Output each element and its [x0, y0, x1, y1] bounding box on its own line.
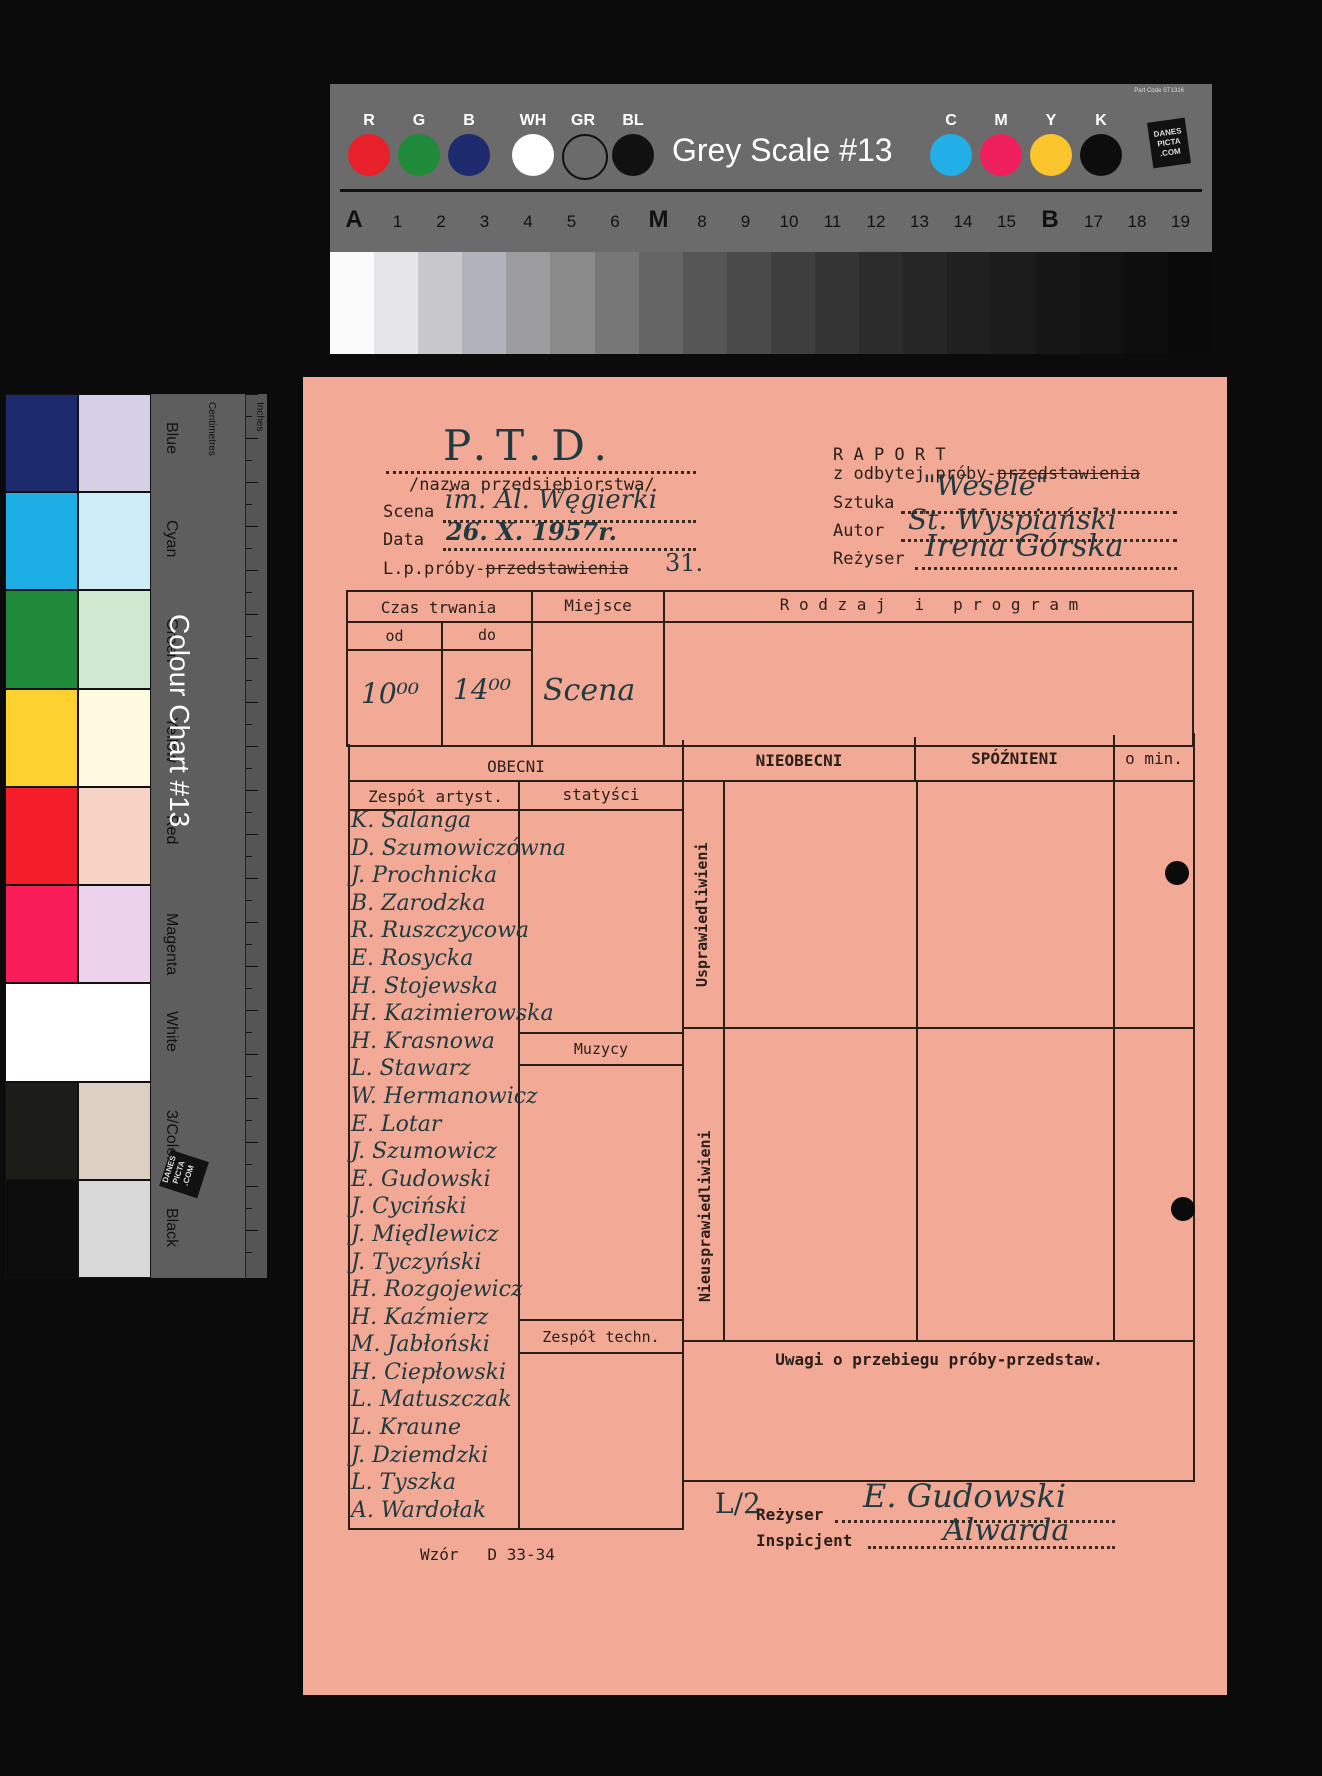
artist-name: J. Dziemdzki	[351, 1442, 611, 1470]
ruler-tick	[246, 482, 258, 483]
rezyser-label: Reżyser	[833, 549, 905, 569]
ruler-tick	[246, 812, 252, 813]
do-value: 14⁰⁰	[453, 673, 511, 706]
swatch-b	[448, 134, 490, 176]
inches-label: Inches	[254, 402, 265, 431]
usprawiedliwieni-label: Usprawiedliwieni	[693, 843, 711, 988]
artist-name: H. Ciepłowski	[351, 1359, 611, 1387]
ruler-tick	[246, 988, 252, 989]
swatch-y	[1030, 134, 1072, 176]
ruler-tick	[246, 944, 252, 945]
artist-name: H. Krasnowa	[351, 1028, 611, 1056]
artist-name: H. Stojewska	[351, 973, 611, 1001]
dotted-line	[386, 467, 696, 474]
swatch-bl	[612, 134, 654, 176]
ruler-tick	[246, 746, 258, 747]
swatch-label: G	[398, 112, 440, 130]
rehearsal-report-form: P.T.D. /nazwa przedsiębiorstwa/ Scena im…	[303, 377, 1227, 1695]
lp-struck: przedstawienia	[485, 559, 628, 579]
patch-blue-dark	[5, 394, 78, 492]
patch-cyan-dark	[5, 492, 78, 590]
o-min-header: o min.	[1115, 749, 1193, 768]
ruler-tick	[246, 394, 258, 395]
swatch-label: BL	[612, 112, 654, 130]
statysci-header: statyści	[520, 785, 682, 804]
patch-label: Cyan	[162, 520, 180, 557]
swatch-r	[348, 134, 390, 176]
sztuka-label: Sztuka	[833, 493, 894, 513]
scale-label: 13	[902, 212, 938, 232]
swatch-gr	[562, 134, 608, 180]
scale-label: 5	[554, 212, 590, 232]
artist-name: B. Zarodzka	[351, 890, 611, 918]
grey-step	[991, 252, 1035, 354]
ruler-tick	[246, 1010, 258, 1011]
grey-step	[1036, 252, 1080, 354]
grey-step	[903, 252, 947, 354]
scale-label: 11	[815, 212, 851, 232]
ruler-tick	[246, 1054, 258, 1055]
artist-name: J. Międlewicz	[351, 1221, 611, 1249]
scale-label: 12	[858, 212, 894, 232]
scale-label: 19	[1163, 212, 1199, 232]
artist-name: J. Prochnicka	[351, 862, 611, 890]
punch-hole	[1165, 861, 1189, 885]
patch-red-dark	[5, 787, 78, 885]
ruler-tick	[246, 878, 258, 879]
divider	[340, 189, 1202, 192]
grey-step	[595, 252, 639, 354]
centimetres-label: Centimetres	[206, 402, 217, 456]
artist-name: K. Salanga	[351, 807, 611, 835]
artist-name: W. Hermanowicz	[351, 1083, 611, 1111]
artist-list: K. SalangaD. SzumowiczównaJ. ProchnickaB…	[351, 807, 611, 1524]
scena-label: Scena	[383, 502, 434, 522]
colour-chart-title: Colour Chart #13	[163, 614, 195, 827]
grey-step	[727, 252, 771, 354]
ruler-tick	[246, 658, 258, 659]
rezyser-value: Irena Górska	[925, 529, 1124, 564]
patch-label: White	[162, 1011, 180, 1052]
patch-green-dark	[5, 590, 78, 688]
grey-step	[947, 252, 991, 354]
swatch-label: WH	[512, 112, 554, 130]
ruler-tick	[246, 1164, 252, 1165]
scale-label: 8	[684, 212, 720, 232]
sig-inspicjent-label: Inspicjent	[756, 1531, 852, 1550]
od-value: 10⁰⁰	[361, 677, 419, 710]
do-header: do	[443, 626, 531, 644]
swatch-label: C	[930, 112, 972, 130]
dotted-line	[443, 548, 696, 551]
scale-label: 15	[989, 212, 1025, 232]
grey-step	[418, 252, 462, 354]
scale-label: 10	[771, 212, 807, 232]
grey-step	[1124, 252, 1168, 354]
patch-yellow-light	[78, 689, 151, 787]
nieusprawiedliwieni-label: Nieusprawiedliwieni	[696, 1130, 714, 1302]
scale-label: 1	[380, 212, 416, 232]
artist-name: L. Kraune	[351, 1414, 611, 1442]
ruler	[245, 394, 267, 1278]
ruler-tick	[246, 966, 258, 967]
artist-name: L. Matuszczak	[351, 1386, 611, 1414]
grey-scale-card: Part Code ST1316 RGBWHGRBLCMYK Grey Scal…	[330, 84, 1212, 354]
scale-label: A	[336, 206, 372, 234]
punch-hole	[1171, 1197, 1195, 1221]
lp-value: 31.	[665, 549, 703, 577]
form-number: Wzór D 33-34	[420, 1545, 555, 1564]
ruler-tick	[246, 834, 258, 835]
artist-name: E. Rosycka	[351, 945, 611, 973]
danes-picta-logo: DANES PICTA .COM	[1147, 118, 1191, 169]
ruler-tick	[246, 1120, 252, 1121]
artist-name: J. Cyciński	[351, 1193, 611, 1221]
scale-label: M	[641, 206, 677, 234]
scale-label: 18	[1119, 212, 1155, 232]
artist-name: L. Stawarz	[351, 1055, 611, 1083]
ruler-tick	[246, 460, 252, 461]
grey-step	[550, 252, 594, 354]
artist-name: J. Tyczyński	[351, 1249, 611, 1277]
footer-note: L/2	[715, 1487, 761, 1520]
miejsce-header: Miejsce	[533, 596, 663, 615]
data-label: Data	[383, 530, 424, 550]
swatch-label: GR	[562, 112, 604, 130]
grey-step	[1080, 252, 1124, 354]
zespol-artyst-header: Zespół artyst.	[353, 787, 518, 806]
sig-rezyser-label: Reżyser	[756, 1505, 823, 1524]
patch-magenta-dark	[5, 885, 78, 983]
swatch-label: Y	[1030, 112, 1072, 130]
ruler-tick	[246, 900, 252, 901]
ruler-tick	[246, 1032, 252, 1033]
patch-yellow-dark	[5, 689, 78, 787]
swatch-k	[1080, 134, 1122, 176]
artist-name: A. Wardołak	[351, 1497, 611, 1525]
patch-green-light	[78, 590, 151, 688]
ruler-tick	[246, 592, 252, 593]
scale-label: 17	[1076, 212, 1112, 232]
grey-step	[374, 252, 418, 354]
patch-magenta-light	[78, 885, 151, 983]
ruler-tick	[246, 1186, 258, 1187]
ruler-tick	[246, 416, 252, 417]
grey-step	[771, 252, 815, 354]
raport-title: R A P O R T	[833, 445, 946, 465]
ruler-tick	[246, 768, 252, 769]
ruler-tick	[246, 702, 258, 703]
rodzaj-program-field[interactable]	[667, 625, 1191, 743]
ruler-tick	[246, 1252, 252, 1253]
scena-value: im. Al. Węgierki	[445, 485, 657, 515]
od-header: od	[348, 627, 441, 645]
artist-name: E. Lotar	[351, 1111, 611, 1139]
grey-step	[462, 252, 506, 354]
obecni-header: OBECNI	[350, 757, 682, 776]
swatch-label: M	[980, 112, 1022, 130]
patch-red-light	[78, 787, 151, 885]
patch-label: Magenta	[162, 913, 180, 975]
swatch-label: B	[448, 112, 490, 130]
scale-label: 14	[945, 212, 981, 232]
grey-scale-strip	[330, 252, 1212, 354]
spoznieni-header: SPÓŹNIENI	[916, 749, 1113, 768]
scale-label: 6	[597, 212, 633, 232]
nieobecni-header: NIEOBECNI	[684, 751, 914, 770]
grey-step	[683, 252, 727, 354]
artist-name: H. Kazimierowska	[351, 1000, 611, 1028]
autor-label: Autor	[833, 521, 884, 541]
uwagi-label: Uwagi o przebiegu próby-przedstaw.	[684, 1350, 1194, 1369]
patch-3-color-dark	[5, 1082, 78, 1180]
scale-label: 2	[423, 212, 459, 232]
part-code: Part Code ST1316	[1134, 88, 1184, 95]
patch-blue-light	[78, 394, 151, 492]
ruler-tick	[246, 922, 258, 923]
lp-proby-label: L.p.próby-przedstawienia	[383, 559, 629, 579]
patch-black-dark	[5, 1180, 78, 1278]
ruler-tick	[246, 1098, 258, 1099]
artist-name: L. Tyszka	[351, 1469, 611, 1497]
patch-white	[5, 983, 151, 1081]
ruler-tick	[246, 1076, 252, 1077]
rodzaj-program-header: R o d z a j i p r o g r a m	[665, 595, 1193, 614]
grey-step	[859, 252, 903, 354]
artist-name: E. Gudowski	[351, 1166, 611, 1194]
ruler-tick	[246, 548, 252, 549]
lp-label: L.p.próby-	[383, 559, 485, 579]
scale-label: B	[1032, 206, 1068, 234]
company-handwritten: P.T.D.	[443, 421, 617, 470]
ruler-tick	[246, 504, 252, 505]
ruler-tick	[246, 570, 258, 571]
scale-label: 4	[510, 212, 546, 232]
patch-cyan-light	[78, 492, 151, 590]
scale-label: 3	[467, 212, 503, 232]
ruler-tick	[246, 680, 252, 681]
sig-rezyser-value: E. Gudowski	[863, 1477, 1066, 1515]
dotted-line	[915, 567, 1177, 570]
data-value: 26. X. 1957r.	[446, 517, 617, 546]
grey-step	[330, 252, 374, 354]
patch-3-color-light	[78, 1082, 151, 1180]
swatch-c	[930, 134, 972, 176]
artist-name: H. Rozgojewicz	[351, 1276, 611, 1304]
ruler-tick	[246, 724, 252, 725]
grey-step	[1168, 252, 1212, 354]
grey-step	[506, 252, 550, 354]
ruler-tick	[246, 614, 258, 615]
swatch-wh	[512, 134, 554, 176]
ruler-tick	[246, 526, 258, 527]
artist-name: J. Szumowicz	[351, 1138, 611, 1166]
swatch-label: K	[1080, 112, 1122, 130]
sig-inspicjent-value: Alwarda	[943, 1513, 1069, 1548]
grey-step	[639, 252, 683, 354]
artist-name: R. Ruszczycowa	[351, 917, 611, 945]
grey-scale-title: Grey Scale #13	[672, 132, 893, 169]
ruler-tick	[246, 790, 258, 791]
grey-step	[815, 252, 859, 354]
ruler-tick	[246, 1142, 258, 1143]
ruler-tick	[246, 438, 258, 439]
miejsce-value: Scena	[543, 673, 635, 708]
czas-trwania-header: Czas trwania	[346, 598, 531, 617]
sztuka-value: "Wesele"	[923, 469, 1048, 502]
ruler-tick	[246, 636, 252, 637]
artist-name: D. Szumowiczówna	[351, 835, 611, 863]
ruler-tick	[246, 1208, 252, 1209]
patch-black-light	[78, 1180, 151, 1278]
ruler-tick	[246, 856, 252, 857]
swatch-m	[980, 134, 1022, 176]
swatch-g	[398, 134, 440, 176]
patch-label: Blue	[162, 422, 180, 454]
colour-chart: BlueCyanGreenYellowRedMagentaWhite3/Colo…	[5, 394, 266, 1278]
patch-label: Black	[162, 1208, 180, 1247]
artist-name: H. Kaźmierz	[351, 1304, 611, 1332]
swatch-label: R	[348, 112, 390, 130]
scale-label: 9	[728, 212, 764, 232]
ruler-tick	[246, 1230, 258, 1231]
artist-name: M. Jabłoński	[351, 1331, 611, 1359]
